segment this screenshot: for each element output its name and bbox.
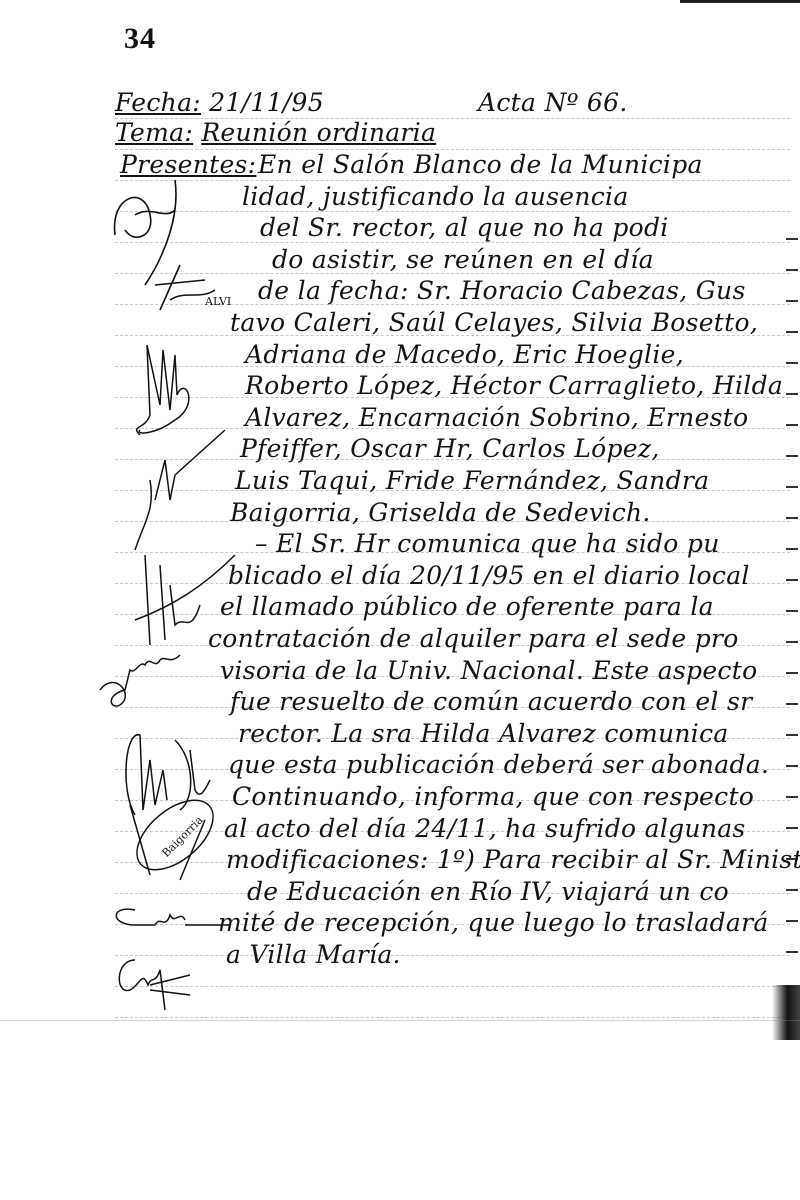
signature-2: ALVI	[150, 260, 230, 324]
margin-tick	[786, 765, 798, 767]
minutes-line: Alvarez, Encarnación Sobrino, Ernesto	[245, 403, 749, 433]
margin-tick	[786, 610, 798, 612]
signature-3	[115, 335, 225, 449]
minutes-line: Roberto López, Héctor Carraglieto, Hilda	[245, 371, 783, 401]
margin-tick	[786, 734, 798, 736]
minutes-line: do asistir, se reúnen en el día	[272, 245, 654, 275]
fecha-value: 21/11/95	[209, 88, 324, 117]
minutes-line: En el Salón Blanco de la Municipa	[258, 150, 703, 180]
minutes-line: el llamado público de oferente para la	[220, 592, 714, 622]
margin-tick	[786, 269, 798, 271]
margin-tick	[786, 827, 798, 829]
minutes-line: que esta publicación deberá ser abonada.	[228, 750, 769, 780]
margin-tick	[786, 238, 798, 240]
scanned-page: 34 Fecha: 21/11/95 Acta Nº 66. Tema: Reu…	[0, 0, 800, 1200]
signature-10	[110, 950, 200, 1024]
margin-tick	[786, 362, 798, 364]
minutes-line: Baigorria, Griselda de Sedevich.	[230, 498, 651, 528]
margin-tick	[786, 672, 798, 674]
page-bottom-rule	[0, 1020, 800, 1021]
margin-tick	[786, 486, 798, 488]
tema-label: Tema:	[115, 118, 193, 147]
minutes-line: fue resuelto de común acuerdo con el sr	[230, 687, 752, 717]
fecha-label: Fecha:	[115, 88, 201, 117]
signature-baigorria: Baigorria	[120, 790, 230, 894]
minutes-line: de Educación en Río IV, viajará un co	[247, 877, 729, 907]
fecha-line: Fecha: 21/11/95	[115, 88, 324, 118]
svg-text:ALVI: ALVI	[204, 295, 231, 308]
minutes-line: Luis Taqui, Fride Fernández, Sandra	[235, 466, 709, 496]
svg-text:Baigorria: Baigorria	[159, 813, 206, 860]
minutes-line: contratación de alquiler para el sede pr…	[208, 624, 739, 654]
ruled-line	[115, 1017, 790, 1018]
margin-tick	[786, 951, 798, 953]
scan-edge	[680, 0, 800, 3]
ruled-line	[115, 986, 790, 987]
minutes-line: – El Sr. Hr comunica que ha sido pu	[255, 529, 720, 559]
margin-tick	[786, 393, 798, 395]
minutes-line: mité de recepción, que luego lo traslada…	[218, 908, 769, 938]
margin-tick	[786, 703, 798, 705]
scan-shadow	[772, 985, 800, 1040]
minutes-line: modificaciones: 1º) Para recibir al Sr. …	[226, 845, 800, 875]
minutes-line: al acto del día 24/11, ha sufrido alguna…	[224, 814, 746, 844]
margin-tick	[786, 579, 798, 581]
signature-9	[105, 900, 235, 954]
minutes-line: Continuando, informa, que con respecto	[232, 782, 754, 812]
margin-tick	[786, 300, 798, 302]
minutes-line: Adriana de Macedo, Eric Hoeglie,	[245, 340, 684, 370]
margin-tick	[786, 889, 798, 891]
page-number: 34	[124, 22, 156, 56]
acta-number: Acta Nº 66.	[478, 88, 628, 118]
minutes-line: tavo Caleri, Saúl Celayes, Silvia Bosett…	[230, 308, 758, 338]
tema-value: Reunión ordinaria	[201, 118, 436, 147]
minutes-line: rector. La sra Hilda Alvarez comunica	[238, 719, 729, 749]
minutes-line: a Villa María.	[226, 940, 401, 970]
margin-tick	[786, 517, 798, 519]
margin-tick	[786, 455, 798, 457]
minutes-line: Pfeiffer, Oscar Hr, Carlos López,	[240, 434, 660, 464]
margin-tick	[786, 331, 798, 333]
margin-tick	[786, 920, 798, 922]
signature-6	[95, 640, 205, 724]
margin-tick	[786, 424, 798, 426]
minutes-line: del Sr. rector, al que no ha podi	[260, 213, 669, 243]
margin-tick	[786, 641, 798, 643]
minutes-line: lidad, justificando la ausencia	[242, 182, 629, 212]
ruled-line	[115, 955, 790, 956]
margin-tick	[786, 548, 798, 550]
tema-line: Tema: Reunión ordinaria	[115, 118, 436, 148]
margin-tick	[786, 796, 798, 798]
minutes-line: visoria de la Univ. Nacional. Este aspec…	[220, 656, 757, 686]
minutes-line: blicado el día 20/11/95 en el diario loc…	[228, 561, 750, 591]
minutes-line: de la fecha: Sr. Horacio Cabezas, Gus	[258, 276, 746, 306]
